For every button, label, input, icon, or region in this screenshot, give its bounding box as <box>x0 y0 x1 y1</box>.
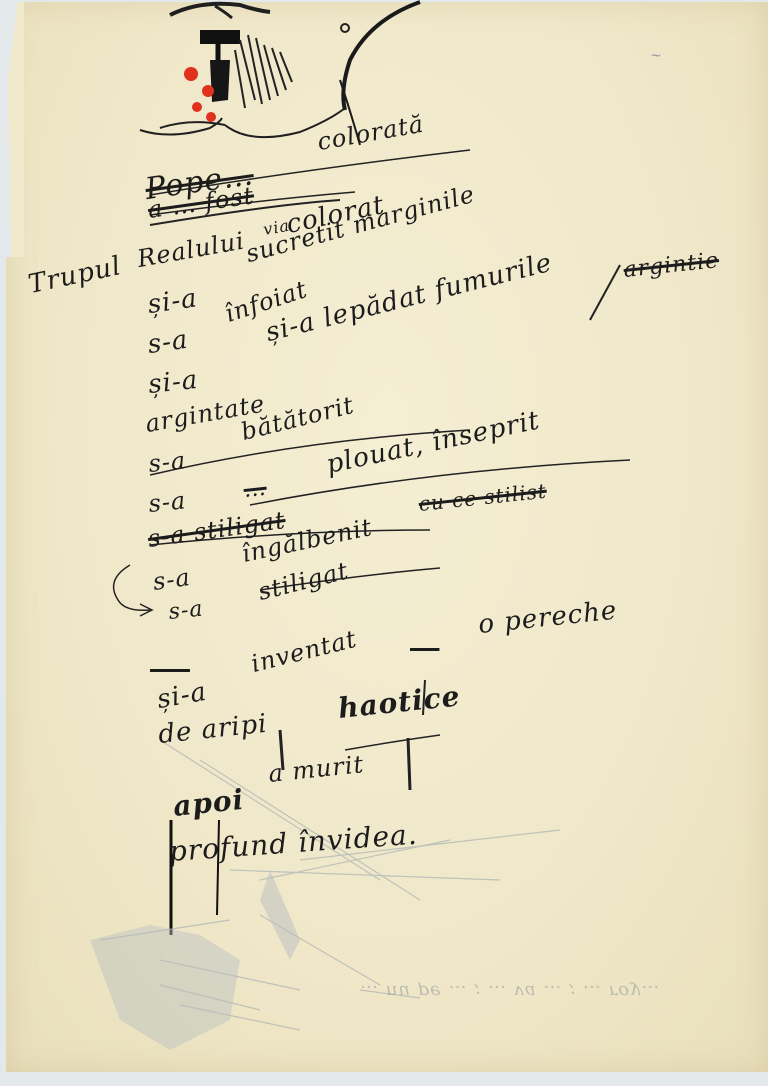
red-dot <box>202 85 214 97</box>
red-dot <box>184 67 198 81</box>
red-dot <box>206 112 216 122</box>
ink-sketch-face <box>0 0 768 1086</box>
red-dot <box>192 102 202 112</box>
line-5-s-a: s-a <box>146 325 190 360</box>
line-9-struck: … <box>242 476 267 503</box>
corner-mark: ~ <box>650 48 662 64</box>
line-11-s-a: s-a <box>151 563 192 596</box>
line-9-s-a: s-a <box>147 486 187 518</box>
line-12-s-a: s-a <box>167 596 204 625</box>
bleed-through-text: … nu pe … ; … va … ; … roy… <box>360 981 660 1002</box>
line-8-s-a: s-a <box>147 446 187 478</box>
line-6-si-a: și-a <box>147 365 200 400</box>
line-13-struck2 <box>410 637 439 661</box>
